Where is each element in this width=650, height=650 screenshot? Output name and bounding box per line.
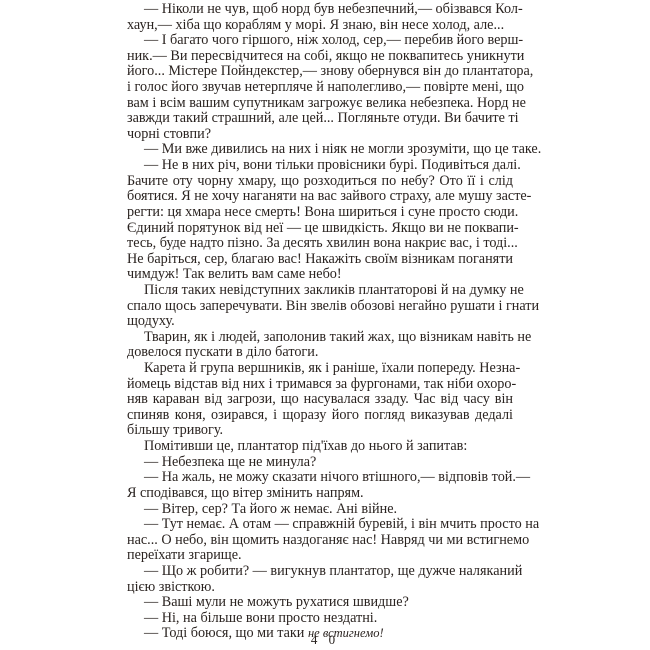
text-line: переїхати згарище. xyxy=(127,548,513,564)
text-line: Після таких невідступних закликів планта… xyxy=(127,283,513,299)
text-line: боятися. Я не хочу наганяти на вас зайво… xyxy=(127,189,513,205)
text-line: Не баріться, сер, благаю вас! Накажіть с… xyxy=(127,252,513,268)
text-line: — Тут немає. А отам — справжній буревій,… xyxy=(127,517,513,533)
text-line: цією звісткою. xyxy=(127,580,513,596)
text-line: — Небезпека ще не минула? xyxy=(127,455,513,471)
text-line: — Не в них річ, вони тільки провісники б… xyxy=(127,158,513,174)
text-line: спало щось заперечувати. Він звелів обоз… xyxy=(127,299,513,315)
body-text: — Ніколи не чув, щоб норд був небезпечни… xyxy=(127,2,513,642)
text-line: — Ваші мули не можуть рухатися швидше? xyxy=(127,595,513,611)
text-line: вам і всім вашим супутникам загрожує вел… xyxy=(127,96,513,112)
text-line: Бачите оту чорну хмару, що розходиться п… xyxy=(127,174,513,190)
text-line: Тварин, як і людей, заполонив такий жах,… xyxy=(127,330,513,346)
text-line: Помітивши це, плантатор під'їхав до ньог… xyxy=(127,439,513,455)
text-line: Я сподівався, що вітер змінить напрям. xyxy=(127,486,513,502)
text-line: — Ніколи не чув, щоб норд був небезпечни… xyxy=(127,2,513,18)
text-line: щодуху. xyxy=(127,314,513,330)
text-line: — На жаль, не можу сказати нічого втішно… xyxy=(127,470,513,486)
text-line: і голос його звучав нетерпляче й наполег… xyxy=(127,80,513,96)
text-line: Єдиний порятунок від неї — це швидкість.… xyxy=(127,221,513,237)
page-number: 4 0 xyxy=(0,632,650,648)
text-line: його... Містере Пойндекстер,— знову обер… xyxy=(127,64,513,80)
text-line: нас... О небо, він щомить наздоганяє нас… xyxy=(127,533,513,549)
text-line: — І багато чого гіршого, ніж холод, сер,… xyxy=(127,33,513,49)
text-line: йомець відстав від них і тримався за фур… xyxy=(127,377,513,393)
text-line: ник.— Ви пересвідчитеся на собі, якщо не… xyxy=(127,49,513,65)
text-line: завжди такий страшний, але цей... Поглян… xyxy=(127,111,513,127)
text-line: чимдуж! Так велить вам саме небо! xyxy=(127,267,513,283)
book-page: — Ніколи не чув, щоб норд був небезпечни… xyxy=(0,0,650,650)
text-line: спиняв коня, озирався, і щоразу його пог… xyxy=(127,408,513,424)
text-line: регти: ця хмара несе смерть! Вона ширить… xyxy=(127,205,513,221)
text-line: чорні стовпи? xyxy=(127,127,513,143)
text-line: — Ні, на більше вони просто нездатні. xyxy=(127,611,513,627)
text-line: — Що ж робити? — вигукнув плантатор, ще … xyxy=(127,564,513,580)
text-line: більшу тривогу. xyxy=(127,423,513,439)
text-line: довелося пускати в діло батоги. xyxy=(127,345,513,361)
text-line: — Ми вже дивились на них і ніяк не могли… xyxy=(127,142,513,158)
text-line: — Вітер, сер? Та його ж немає. Ані війне… xyxy=(127,502,513,518)
text-line: Карета й група вершників, як і раніше, ї… xyxy=(127,361,513,377)
text-line: тесь, буде надто пізно. За десять хвилин… xyxy=(127,236,513,252)
text-line: хаун,— хіба що кораблям у морі. Я знаю, … xyxy=(127,18,513,34)
text-line: няв караван від загрози, що насувалася з… xyxy=(127,392,513,408)
